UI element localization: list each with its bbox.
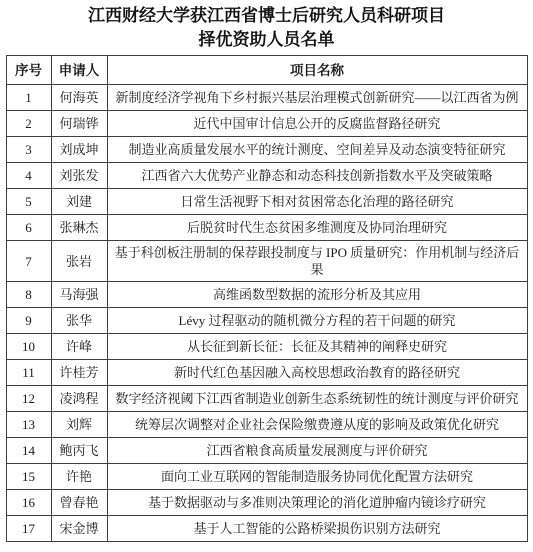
row-serial-number: 12 xyxy=(6,386,51,412)
project-name: 统筹层次调整对企业社会保险缴费遵从度的影响及政策优化研究 xyxy=(107,412,527,438)
applicant-name: 刘成坤 xyxy=(51,137,107,163)
applicant-name: 刘辉 xyxy=(51,412,107,438)
table-row: 11 许桂芳 新时代红色基因融入高校思想政治教育的路径研究 xyxy=(6,360,527,386)
project-name: 后脱贫时代生态贫困多维测度及协同治理研究 xyxy=(107,215,527,241)
table-body: 1 何海英 新制度经济学视角下乡村振兴基层治理模式创新研究——以江西省为例 2 … xyxy=(6,85,527,542)
table-row: 13 刘辉 统筹层次调整对企业社会保险缴费遵从度的影响及政策优化研究 xyxy=(6,412,527,438)
table-row: 4 刘张发 江西省六大优势产业静态和动态科技创新指数水平及突破策略 xyxy=(6,163,527,189)
table-row: 6 张琳杰 后脱贫时代生态贫困多维测度及协同治理研究 xyxy=(6,215,527,241)
document-page: 江西财经大学获江西省博士后研究人员科研项目 择优资助人员名单 序号 申请人 项目… xyxy=(0,0,533,552)
applicant-name: 刘建 xyxy=(51,189,107,215)
project-name: 数字经济视阈下江西省制造业创新生态系统韧性的统计测度与评价研究 xyxy=(107,386,527,412)
applicant-name: 曾春艳 xyxy=(51,490,107,516)
table-row: 16 曾春艳 基于数据驱动与多准则决策理论的消化道肿瘤内镜诊疗研究 xyxy=(6,490,527,516)
applicant-name: 许桂芳 xyxy=(51,360,107,386)
table-row: 8 马海强 高维函数型数据的流形分析及其应用 xyxy=(6,282,527,308)
row-serial-number: 17 xyxy=(6,516,51,542)
row-serial-number: 3 xyxy=(6,137,51,163)
project-name: 新时代红色基因融入高校思想政治教育的路径研究 xyxy=(107,360,527,386)
project-name: 高维函数型数据的流形分析及其应用 xyxy=(107,282,527,308)
project-name: 基于人工智能的公路桥梁损伤识别方法研究 xyxy=(107,516,527,542)
row-serial-number: 16 xyxy=(6,490,51,516)
table-row: 3 刘成坤 制造业高质量发展水平的统计测度、空间差异及动态演变特征研究 xyxy=(6,137,527,163)
table-row: 12 凌鸿程 数字经济视阈下江西省制造业创新生态系统韧性的统计测度与评价研究 xyxy=(6,386,527,412)
project-name: Lévy 过程驱动的随机微分方程的若干问题的研究 xyxy=(107,308,527,334)
row-serial-number: 13 xyxy=(6,412,51,438)
header-serial-number: 序号 xyxy=(6,56,51,85)
project-name: 面向工业互联网的智能制造服务协同优化配置方法研究 xyxy=(107,464,527,490)
project-name: 江西省六大优势产业静态和动态科技创新指数水平及突破策略 xyxy=(107,163,527,189)
project-name: 江西省粮食高质量发展测度与评价研究 xyxy=(107,438,527,464)
row-serial-number: 7 xyxy=(6,241,51,282)
applicant-name: 马海强 xyxy=(51,282,107,308)
row-serial-number: 4 xyxy=(6,163,51,189)
table-row: 7 张岩 基于科创板注册制的保荐跟投制度与 IPO 质量研究：作用机制与经济后果 xyxy=(6,241,527,282)
table-row: 15 许艳 面向工业互联网的智能制造服务协同优化配置方法研究 xyxy=(6,464,527,490)
header-project-name: 项目名称 xyxy=(107,56,527,85)
row-serial-number: 10 xyxy=(6,334,51,360)
row-serial-number: 1 xyxy=(6,85,51,111)
funded-personnel-table: 序号 申请人 项目名称 1 何海英 新制度经济学视角下乡村振兴基层治理模式创新研… xyxy=(6,55,528,542)
document-title-line-2: 择优资助人员名单 xyxy=(0,28,533,52)
project-name: 近代中国审计信息公开的反腐监督路径研究 xyxy=(107,111,527,137)
row-serial-number: 2 xyxy=(6,111,51,137)
project-name: 从长征到新长征：长征及其精神的阐释史研究 xyxy=(107,334,527,360)
table-row: 1 何海英 新制度经济学视角下乡村振兴基层治理模式创新研究——以江西省为例 xyxy=(6,85,527,111)
table-row: 5 刘建 日常生活视野下相对贫困常态化治理的路径研究 xyxy=(6,189,527,215)
applicant-name: 张琳杰 xyxy=(51,215,107,241)
row-serial-number: 11 xyxy=(6,360,51,386)
header-applicant: 申请人 xyxy=(51,56,107,85)
table-row: 14 鲍丙飞 江西省粮食高质量发展测度与评价研究 xyxy=(6,438,527,464)
table-header-row: 序号 申请人 项目名称 xyxy=(6,56,527,85)
applicant-name: 何瑞铧 xyxy=(51,111,107,137)
project-name: 制造业高质量发展水平的统计测度、空间差异及动态演变特征研究 xyxy=(107,137,527,163)
row-serial-number: 6 xyxy=(6,215,51,241)
project-name: 日常生活视野下相对贫困常态化治理的路径研究 xyxy=(107,189,527,215)
project-name: 新制度经济学视角下乡村振兴基层治理模式创新研究——以江西省为例 xyxy=(107,85,527,111)
table-row: 17 宋金博 基于人工智能的公路桥梁损伤识别方法研究 xyxy=(6,516,527,542)
row-serial-number: 8 xyxy=(6,282,51,308)
row-serial-number: 9 xyxy=(6,308,51,334)
project-name: 基于数据驱动与多准则决策理论的消化道肿瘤内镜诊疗研究 xyxy=(107,490,527,516)
applicant-name: 何海英 xyxy=(51,85,107,111)
applicant-name: 张岩 xyxy=(51,241,107,282)
applicant-name: 张华 xyxy=(51,308,107,334)
row-serial-number: 15 xyxy=(6,464,51,490)
row-serial-number: 5 xyxy=(6,189,51,215)
applicant-name: 宋金博 xyxy=(51,516,107,542)
applicant-name: 鲍丙飞 xyxy=(51,438,107,464)
table-row: 9 张华 Lévy 过程驱动的随机微分方程的若干问题的研究 xyxy=(6,308,527,334)
document-title-line-1: 江西财经大学获江西省博士后研究人员科研项目 xyxy=(0,4,533,28)
table-row: 2 何瑞铧 近代中国审计信息公开的反腐监督路径研究 xyxy=(6,111,527,137)
applicant-name: 许艳 xyxy=(51,464,107,490)
project-name: 基于科创板注册制的保荐跟投制度与 IPO 质量研究：作用机制与经济后果 xyxy=(107,241,527,282)
row-serial-number: 14 xyxy=(6,438,51,464)
applicant-name: 刘张发 xyxy=(51,163,107,189)
applicant-name: 凌鸿程 xyxy=(51,386,107,412)
applicant-name: 许峰 xyxy=(51,334,107,360)
table-row: 10 许峰 从长征到新长征：长征及其精神的阐释史研究 xyxy=(6,334,527,360)
